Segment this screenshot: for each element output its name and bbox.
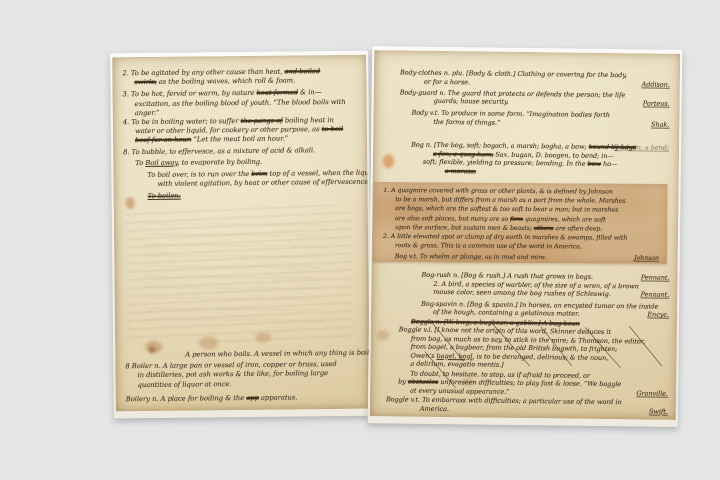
- attribution: Encyc.: [647, 311, 669, 320]
- attribution: Addison.: [642, 80, 670, 89]
- left-page-lower-text: A person who boils. A vessel in which an…: [125, 349, 366, 405]
- pasted-slip: 1. A quagmire covered with grass or othe…: [373, 182, 668, 264]
- manuscript-left-page: 2. To be agitated by any other cause tha…: [112, 55, 370, 412]
- stain: [199, 336, 218, 349]
- manuscript-right-page: Body-clothes n. plu. [Body & cloth.] Clo…: [370, 50, 680, 420]
- manuscript-line: To Boil away, to evaporate by boiling.: [123, 157, 363, 169]
- manuscript-line: A person who boils. A vessel in which an…: [125, 349, 365, 361]
- manuscript-line: To boilen.: [124, 190, 364, 202]
- attribution: Swift.: [649, 407, 668, 416]
- left-paper-sheet: 2. To be agitated by any other cause tha…: [112, 55, 370, 412]
- slip-text: 1. A quagmire covered with grass or othe…: [383, 186, 666, 264]
- manuscript-line: quantities of liquor at once.: [126, 378, 366, 390]
- manuscript-line: Bog v.t. To whelm or plunge, as in mud a…: [383, 252, 665, 263]
- photo-background: 2. To be agitated by any other cause tha…: [0, 0, 720, 480]
- manuscript-line: 8. To bubble, to effervesce, as a mixtur…: [123, 145, 363, 157]
- attribution: Granville.: [636, 389, 668, 398]
- manuscript-line: with violent agitation, by heat or other…: [123, 178, 363, 190]
- attribution: Pennant.: [641, 290, 670, 299]
- left-page-upper-text: 2. To be agitated by any other cause tha…: [122, 67, 363, 202]
- right-page-upper-text: Body-clothes n. plu. [Body & cloth.] Clo…: [399, 68, 676, 178]
- ink-bleed-through: [144, 215, 325, 327]
- right-page-lower-text: Bog-rush n. [Bog & rush.] A rush that gr…: [386, 270, 676, 416]
- stain: [383, 154, 394, 168]
- attribution: Porteus.: [643, 100, 670, 109]
- attribution: Pennant.: [641, 273, 670, 282]
- manuscript-line: roots & grass. This is a common use of t…: [383, 241, 665, 252]
- right-paper-sheet: Body-clothes n. plu. [Body & cloth.] Clo…: [370, 50, 680, 420]
- manuscript-line: swirls, as the boiling waves, which roll…: [122, 76, 362, 88]
- attribution: Shak.: [651, 121, 669, 130]
- attribution: Johnson: [634, 254, 659, 263]
- manuscript-line: Boilery n. A place for boiling & the app…: [126, 393, 366, 405]
- manuscript-line: beef for an hour. “Let the meat boil an …: [123, 134, 363, 146]
